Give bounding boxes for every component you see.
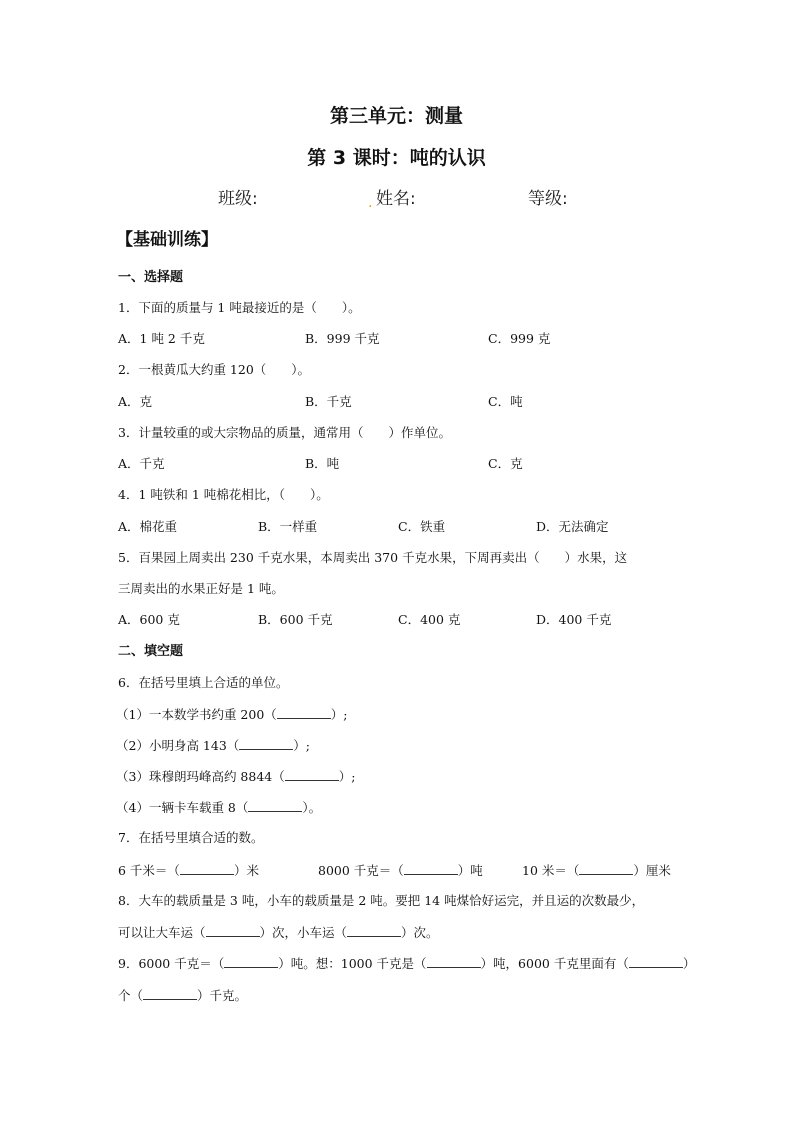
name-dot: . — [368, 196, 372, 210]
q7-item-2-blank[interactable] — [404, 864, 458, 875]
q5-option-a: A．600 克 — [118, 614, 180, 627]
q5-option-b: B．600 千克 — [258, 614, 333, 627]
q6-item-1: （1）一本数学书约重 200（）; — [116, 708, 348, 722]
q6-item-3: （3）珠穆朗玛峰高约 8844（）; — [116, 770, 355, 784]
q7-item-3-post: ）厘米 — [633, 863, 671, 878]
q5-option-c: C．400 克 — [398, 614, 460, 627]
grade-label: 等级: — [528, 191, 568, 208]
q6-item-4: （4）一辆卡车载重 8（）。 — [116, 801, 321, 815]
q8-text-c: ）次。 — [401, 925, 439, 940]
q9-text-b: ）吨。想：1000 千克是（ — [278, 956, 426, 971]
q6-item-2-pre: （2）小明身高 143（ — [116, 738, 239, 753]
worksheet-page: 第三单元：测量 第 3 课时：吨的认识 班级: . 姓名: 等级: 【基础训练】… — [0, 0, 793, 1122]
q7-item-2-post: ）吨 — [458, 863, 483, 878]
q7-item-1-pre: 6 千米＝（ — [118, 863, 180, 878]
q7-item-3: 10 米＝（）厘米 — [522, 864, 671, 878]
q4-option-a: A．棉花重 — [118, 521, 177, 534]
q2-option-c: C．吨 — [488, 396, 523, 409]
q7-item-2-pre: 8000 千克＝（ — [318, 863, 404, 878]
class-label: 班级: — [218, 191, 258, 208]
q1-option-b: B．999 千克 — [305, 333, 380, 346]
question-2: 2．一根黄瓜大约重 120（ ）。 — [118, 364, 310, 377]
q3-option-a: A．千克 — [118, 458, 165, 471]
q9-text-d: ） — [683, 956, 696, 971]
question-5-line2: 三周卖出的水果正好是 1 吨。 — [118, 583, 284, 596]
q9-text-e: 个（ — [118, 988, 143, 1003]
q6-item-4-blank[interactable] — [248, 801, 302, 812]
q6-item-1-pre: （1）一本数学书约重 200（ — [116, 707, 277, 722]
question-9-line2: 个（）千克。 — [118, 989, 247, 1003]
name-label: 姓名: — [376, 191, 416, 208]
section-basic-training: 【基础训练】 — [116, 232, 218, 249]
unit-title: 第三单元：测量 — [0, 107, 793, 126]
q1-option-a: A．1 吨 2 千克 — [118, 333, 205, 346]
q9-text-f: ）千克。 — [197, 988, 247, 1003]
q2-option-a: A．克 — [118, 396, 152, 409]
lesson-title: 第 3 课时：吨的认识 — [0, 149, 793, 168]
q9-text-a: 9．6000 千克＝（ — [118, 956, 224, 971]
q1-option-c: C．999 克 — [488, 333, 550, 346]
question-3: 3．计量较重的或大宗物品的质量，通常用（ ）作单位。 — [118, 427, 451, 440]
q8-text-a: 可以让大车运（ — [118, 925, 206, 940]
q8-text-b: ）次，小车运（ — [260, 925, 348, 940]
question-9-line1: 9．6000 千克＝（）吨。想：1000 千克是（）吨，6000 千克里面有（） — [118, 957, 695, 971]
part1-heading: 一、选择题 — [118, 271, 183, 284]
q7-item-1-post: ）米 — [234, 863, 259, 878]
q6-item-2-blank[interactable] — [239, 739, 293, 750]
q6-item-4-post: ）。 — [302, 800, 321, 815]
q6-item-4-pre: （4）一辆卡车载重 8（ — [116, 800, 248, 815]
q7-item-2: 8000 千克＝（）吨 — [318, 864, 483, 878]
q6-item-1-blank[interactable] — [277, 708, 331, 719]
q4-option-b: B．一样重 — [258, 521, 317, 534]
q4-option-d: D．无法确定 — [536, 521, 609, 534]
q5-option-d: D．400 千克 — [536, 614, 611, 627]
question-4: 4．1 吨铁和 1 吨棉花相比，（ ）。 — [118, 489, 329, 502]
q6-item-2: （2）小明身高 143（）; — [116, 739, 310, 753]
question-7: 7．在括号里填合适的数。 — [118, 832, 263, 845]
q6-item-2-post: ）; — [293, 738, 310, 753]
q9-blank-1[interactable] — [224, 957, 278, 968]
q2-option-b: B．千克 — [305, 396, 352, 409]
q3-option-c: C．克 — [488, 458, 523, 471]
q7-item-1-blank[interactable] — [180, 864, 234, 875]
q8-big-truck-blank[interactable] — [206, 926, 260, 937]
q6-item-3-post: ）; — [339, 769, 356, 784]
q7-item-3-blank[interactable] — [579, 864, 633, 875]
question-1: 1．下面的质量与 1 吨最接近的是（ ）。 — [118, 302, 361, 315]
q9-blank-3[interactable] — [629, 957, 683, 968]
q7-item-1: 6 千米＝（）米 — [118, 864, 259, 878]
q9-blank-4[interactable] — [143, 989, 197, 1000]
q4-option-c: C．铁重 — [398, 521, 445, 534]
part2-heading: 二、填空题 — [118, 645, 183, 658]
q9-text-c: ）吨，6000 千克里面有（ — [481, 956, 629, 971]
question-6: 6．在括号里填上合适的单位。 — [118, 677, 288, 690]
q7-item-3-pre: 10 米＝（ — [522, 863, 579, 878]
q3-option-b: B．吨 — [305, 458, 339, 471]
question-5-line1: 5．百果园上周卖出 230 千克水果，本周卖出 370 千克水果，下周再卖出（ … — [118, 552, 627, 565]
question-8-line1: 8．大车的载质量是 3 吨，小车的载质量是 2 吨。要把 14 吨煤恰好运完，并… — [118, 895, 644, 908]
q8-small-truck-blank[interactable] — [347, 926, 401, 937]
q9-blank-2[interactable] — [427, 957, 481, 968]
q6-item-3-blank[interactable] — [285, 770, 339, 781]
question-8-line2: 可以让大车运（）次，小车运（）次。 — [118, 926, 439, 940]
q6-item-1-post: ）; — [331, 707, 348, 722]
q6-item-3-pre: （3）珠穆朗玛峰高约 8844（ — [116, 769, 285, 784]
